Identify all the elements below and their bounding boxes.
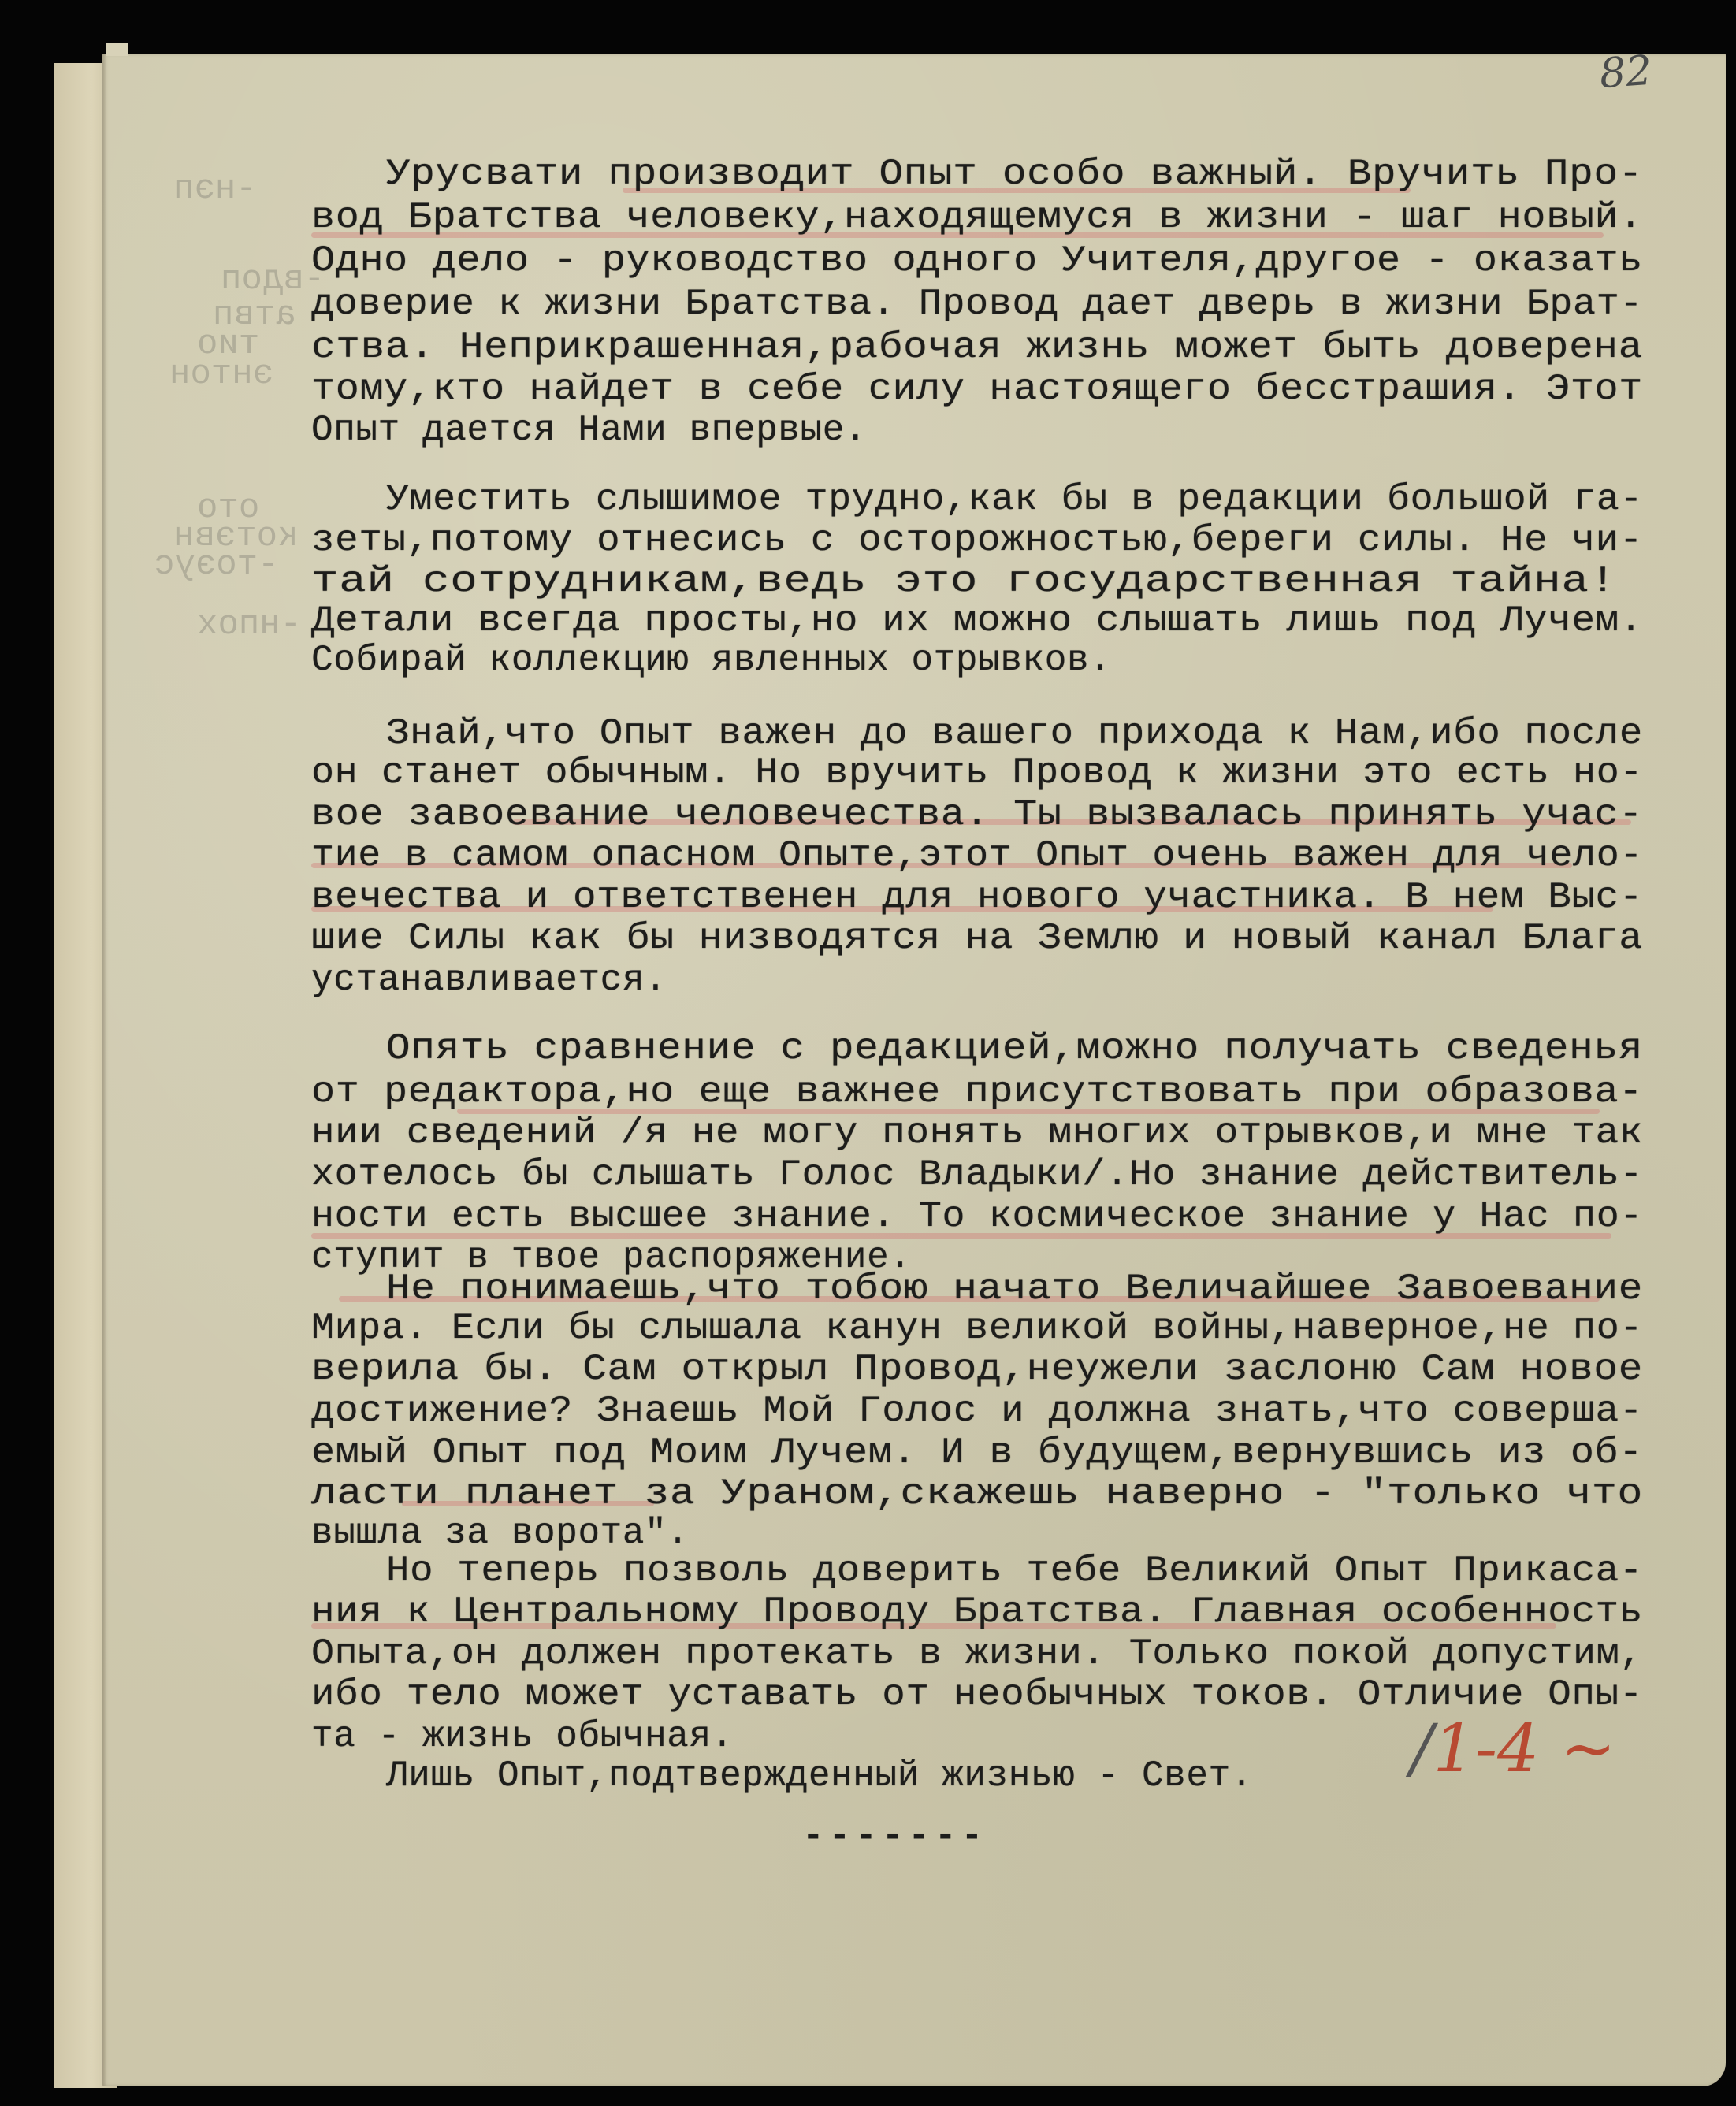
text-line: Опыт дается Нами впервые. <box>311 410 867 451</box>
text-line: шие Силы как бы низводятся на Землю и но… <box>311 918 1643 959</box>
text-line: вод Братства человеку,находящемуся в жиз… <box>311 197 1643 238</box>
ghost-text: энтон <box>169 355 273 394</box>
text-line: Мира. Если бы слышала канун великой войн… <box>311 1308 1643 1349</box>
text-line: вечества и ответственен для нового участ… <box>311 877 1643 918</box>
ghost-text: -нпох <box>197 605 301 644</box>
text-line: он станет обычным. Но вручить Провод к ж… <box>311 752 1643 793</box>
text-line: вышла за ворота". <box>311 1513 689 1554</box>
paper-tab <box>106 43 128 56</box>
pencil-stroke: / <box>1411 1710 1433 1787</box>
text-line: доверие к жизни Братства. Провод дает дв… <box>311 284 1643 325</box>
text-line: ства. Неприкрашенная,рабочая жизнь может… <box>311 327 1643 368</box>
text-line: Но теперь позволь доверить тебе Великий … <box>386 1551 1643 1592</box>
text-line: тие в самом опасном Опыте,этот Опыт очен… <box>311 835 1643 876</box>
text-line: емый Опыт под Моим Лучем. И в будущем,ве… <box>311 1432 1643 1473</box>
text-line: тай сотрудникам,ведь это государственная… <box>311 561 1617 602</box>
text-line: Опять сравнение с редакцией,можно получа… <box>386 1028 1643 1069</box>
text-line: хотелось бы слышать Голос Владыки/.Но зн… <box>311 1154 1643 1195</box>
ghost-text: -тоэус <box>154 545 278 585</box>
text-line: ния к Центральному Проводу Братства. Гла… <box>311 1592 1643 1632</box>
text-line: Уместить слышимое трудно,как бы в редакц… <box>386 479 1643 520</box>
red-pencil-signature: /1-4 ~ <box>1411 1710 1616 1787</box>
text-line: тому,кто найдет в себе силу настоящего б… <box>311 369 1643 410</box>
text-line: Опыта,он должен протекать в жизни. Тольк… <box>311 1633 1643 1674</box>
text-line: верила бы. Сам открыл Провод,неужели зас… <box>311 1349 1643 1390</box>
text-line: Собирай коллекцию явленных отрывков. <box>311 640 1111 681</box>
text-line: Знай,что Опыт важен до вашего прихода к … <box>386 713 1643 754</box>
text-line: нии сведений /я не могу понять многих от… <box>311 1112 1643 1153</box>
separator: ------- <box>802 1816 987 1857</box>
text-line: та - жизнь обычная. <box>311 1716 734 1757</box>
text-line: зеты,потому отнесись с осторожностью,бер… <box>311 520 1643 561</box>
signature-text: 1-4 ~ <box>1433 1710 1615 1787</box>
text-line: от редактора,но еще важнее присутствоват… <box>311 1072 1643 1112</box>
text-line: ности есть высшее знание. То космическое… <box>311 1196 1643 1237</box>
ghost-text: -вдоп <box>221 260 325 299</box>
text-line: вое завоевание человечества. Ты вызвалас… <box>311 794 1643 835</box>
text-line: Не понимаешь,что тобою начато Величайшее… <box>386 1268 1643 1309</box>
ghost-text: -нэп <box>173 169 257 209</box>
text-line: Лишь Опыт,подтвержденный жизнью - Свет. <box>386 1755 1253 1796</box>
folio-number: 82 <box>1598 47 1653 98</box>
text-line: достижение? Знаешь Мой Голос и должна зн… <box>311 1391 1643 1432</box>
text-line: Урусвати производит Опыт особо важный. В… <box>386 154 1643 195</box>
text-line: ласти планет за Ураном,скажешь наверно -… <box>311 1473 1643 1514</box>
text-line: Детали всегда просты,но их можно слышать… <box>311 600 1643 641</box>
text-line: устанавливается. <box>311 960 667 1001</box>
text-line: Одно дело - руководство одного Учителя,д… <box>311 240 1643 281</box>
